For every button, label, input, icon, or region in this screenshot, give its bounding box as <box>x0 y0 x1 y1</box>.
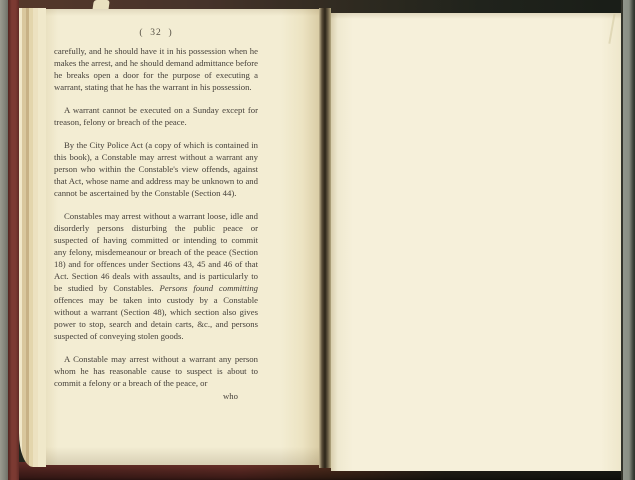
book-spine <box>8 0 19 480</box>
catchword: who <box>54 390 258 402</box>
right-page <box>331 13 621 471</box>
backdrop-left-strip <box>0 0 8 480</box>
paragraph: carefully, and he should have it in his … <box>54 45 258 93</box>
left-page-edges <box>19 8 46 467</box>
page-text: carefully, and he should have it in his … <box>54 45 258 402</box>
paragraphs: carefully, and he should have it in his … <box>54 45 258 389</box>
open-book-scan: ( 32 ) carefully, and he should have it … <box>0 0 635 480</box>
paragraph: By the City Police Act (a copy of which … <box>54 139 258 199</box>
paragraph: A Constable may arrest without a warrant… <box>54 353 258 389</box>
paragraph: A warrant cannot be executed on a Sunday… <box>54 104 258 128</box>
right-page-edges <box>621 0 635 480</box>
paragraph: Constables may arrest without a warrant … <box>54 210 258 342</box>
page-number: ( 32 ) <box>54 28 258 38</box>
gutter-shadow <box>319 8 331 468</box>
